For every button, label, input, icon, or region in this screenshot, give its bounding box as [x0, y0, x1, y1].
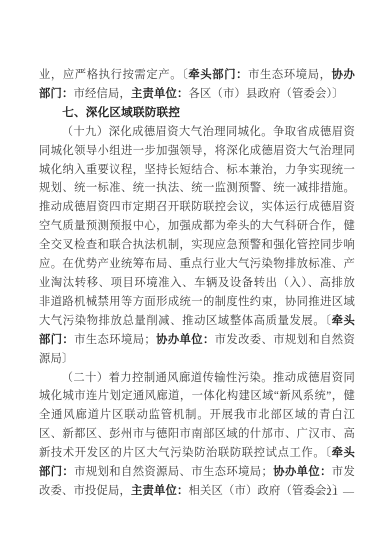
text-run: （十九）深化成德眉资大气治理同城化。争取省成德眉资同城化领导小组进一步加强领导，… [39, 126, 355, 327]
responsible-unit-label: 主责单位： [131, 485, 189, 497]
responsible-unit-label: 主责单位： [131, 88, 189, 100]
lead-department-label: 牵头部门： [188, 69, 248, 81]
assist-unit-label: 协办单位： [156, 334, 215, 346]
assist-unit-label: 协办单位： [273, 466, 332, 478]
section-heading: 七、深化区域联防联控 [39, 104, 355, 123]
page-number: — 21 — [311, 486, 356, 498]
text-run: 市经信局， [74, 88, 132, 100]
paragraph-continuation: 业，应严格执行按需定产。〔牵头部门：市生态环境局，协办部门：市经信局，主责单位：… [39, 66, 355, 104]
text-run: 各区（市）县政府（管委会）〕 [189, 88, 344, 100]
text-run: 市规划和自然资源局、市生态环境局； [74, 466, 273, 478]
text-run: （二十）着力控制通风廊道传输性污染。推动成德眉资同城化城市连片划定通风廊道，一体… [39, 372, 355, 460]
paragraph-item-20: （二十）着力控制通风廊道传输性污染。推动成德眉资同城化城市连片划定通风廊道，一体… [39, 369, 355, 501]
text-run: 市生态环境局； [74, 334, 156, 346]
document-page: 业，应严格执行按需定产。〔牵头部门：市生态环境局，协办部门：市经信局，主责单位：… [0, 0, 390, 552]
text-run: 市生态环境局， [248, 69, 332, 81]
document-content: 业，应严格执行按需定产。〔牵头部门：市生态环境局，协办部门：市经信局，主责单位：… [39, 66, 355, 501]
text-run: 业，应严格执行按需定产。〔 [39, 69, 188, 81]
paragraph-item-19: （十九）深化成德眉资大气治理同城化。争取省成德眉资同城化领导小组进一步加强领导，… [39, 123, 355, 369]
